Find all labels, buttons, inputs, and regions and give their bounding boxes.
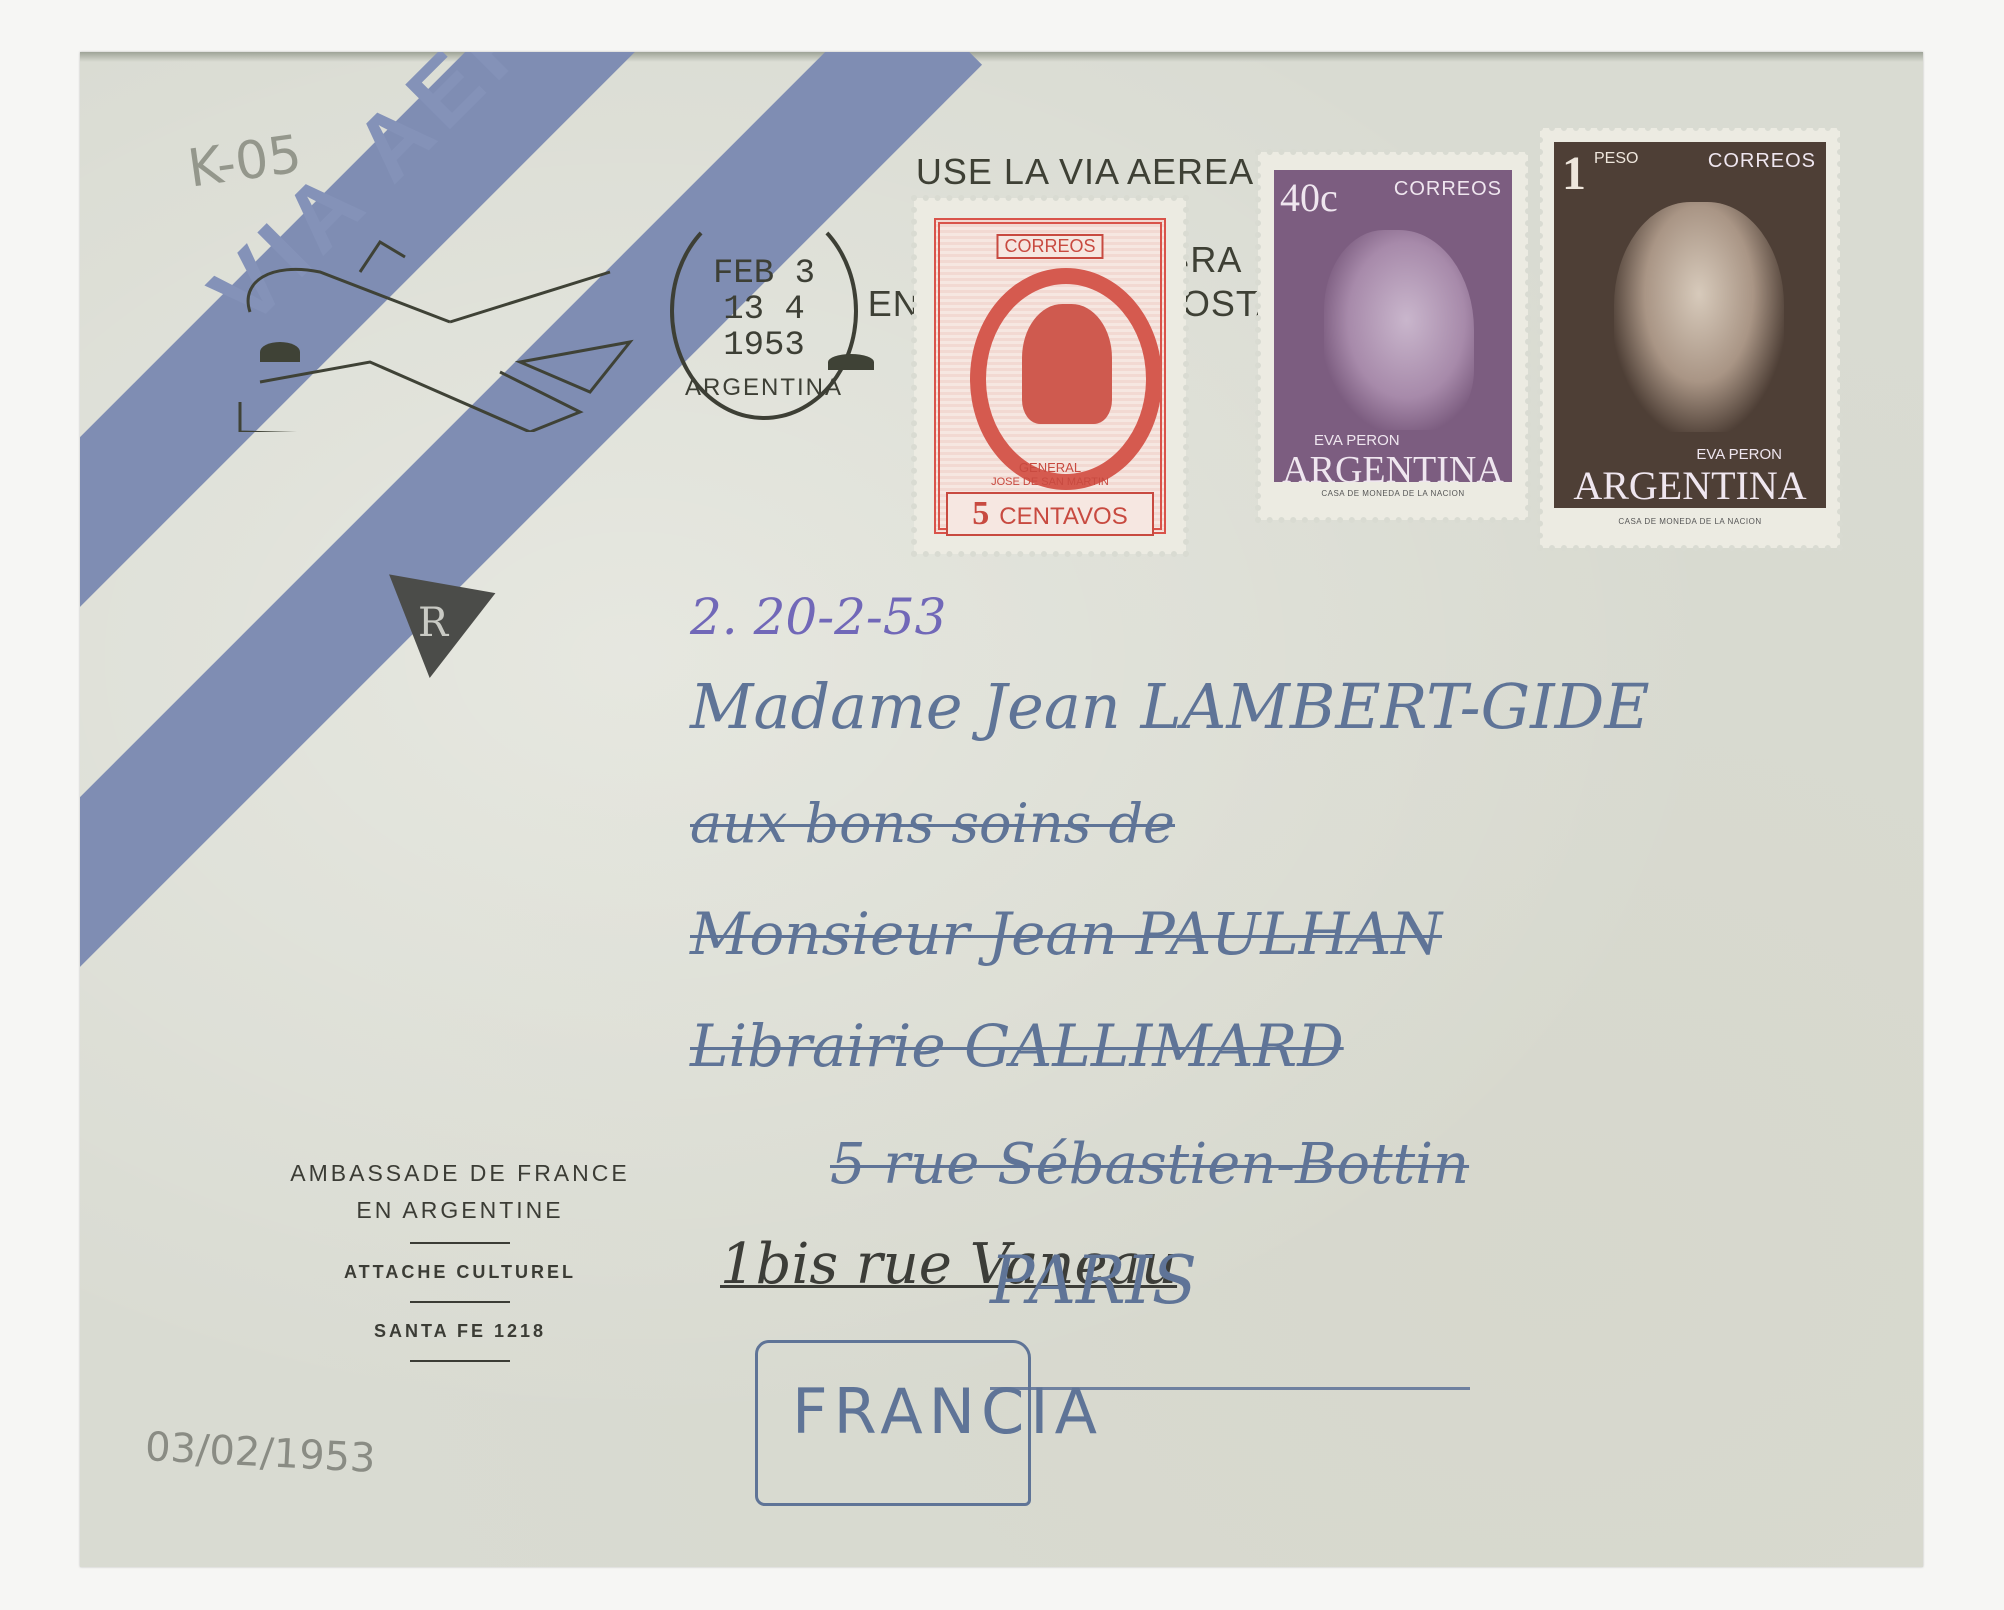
postmark-country: ARGENTINA bbox=[684, 374, 844, 402]
stamp-header: CORREOS bbox=[996, 234, 1103, 259]
stamp-value-unit: PESO bbox=[1594, 150, 1638, 168]
stamp-5-centavos: CORREOS GENERAL JOSE DE SAN MARTIN 5CENT… bbox=[914, 198, 1186, 554]
sender-line: AMBASSADE DE FRANCE bbox=[210, 1160, 710, 1187]
address-line-struck: 5 rue Sébastien-Bottin bbox=[830, 1132, 1469, 1197]
stamp-caption: GENERAL bbox=[940, 460, 1160, 475]
stamp-name: EVA PERON bbox=[1314, 432, 1400, 449]
address-line-struck: aux bons soins de bbox=[690, 792, 1175, 855]
postmark-year: 1953 bbox=[694, 328, 834, 364]
address-country: FRANCIA bbox=[792, 1375, 1103, 1448]
cancel-blot bbox=[828, 354, 874, 370]
postmark-date: FEB 3 bbox=[694, 256, 834, 292]
eva-peron-portrait bbox=[1324, 230, 1474, 430]
stamp-printer: CASA DE MONEDA DE LA NACION bbox=[1274, 489, 1512, 498]
stamp-caption: JOSE DE SAN MARTIN bbox=[940, 476, 1160, 488]
eva-peron-portrait bbox=[1614, 202, 1784, 432]
stamp-40-centavos: 40c CORREOS EVA PERON ARGENTINA CASA DE … bbox=[1258, 152, 1528, 520]
postmark-time: 13 4 bbox=[694, 292, 834, 328]
stamp-value: 40c bbox=[1280, 174, 1338, 221]
airplane-cancel-icon bbox=[230, 202, 650, 432]
cancel-blot bbox=[260, 342, 300, 362]
slogan-line: USE LA VIA AEREA bbox=[855, 150, 1315, 194]
sender-line: ATTACHE CULTUREL bbox=[210, 1262, 710, 1283]
stamp-value: 1 bbox=[1562, 146, 1586, 201]
stamp-value-number: 5 bbox=[972, 495, 989, 532]
stamp-printer: CASA DE MONEDA DE LA NACION bbox=[1554, 517, 1826, 526]
sender-block: AMBASSADE DE FRANCE EN ARGENTINE ATTACHE… bbox=[210, 1160, 710, 1380]
stamp-country: ARGENTINA bbox=[1554, 462, 1826, 509]
stamp-value: 5CENTAVOS bbox=[946, 492, 1154, 536]
divider bbox=[410, 1360, 510, 1362]
divider bbox=[410, 1301, 510, 1303]
postmark: FEB 3 13 4 1953 ARGENTINA bbox=[670, 202, 858, 420]
divider bbox=[410, 1242, 510, 1244]
stamp-1-peso: 1 PESO CORREOS EVA PERON ARGENTINA CASA … bbox=[1540, 128, 1840, 548]
handwritten-date: 2. 20-2-53 bbox=[690, 588, 946, 646]
stamp-name: EVA PERON bbox=[1696, 446, 1782, 463]
address-line-struck: Monsieur Jean PAULHAN bbox=[690, 900, 1442, 968]
san-martin-portrait bbox=[1022, 304, 1112, 424]
registration-mark: R bbox=[418, 600, 448, 646]
sender-line: EN ARGENTINE bbox=[210, 1197, 710, 1224]
stamp-value-text: CENTAVOS bbox=[999, 503, 1127, 530]
sender-line: SANTA FE 1218 bbox=[210, 1321, 710, 1342]
address-line-struck: Librairie GALLIMARD bbox=[690, 1012, 1344, 1080]
stamp-header: CORREOS bbox=[1394, 178, 1502, 201]
address-city: PARIS bbox=[990, 1242, 1197, 1319]
address-line-recipient: Madame Jean LAMBERT-GIDE bbox=[690, 670, 1650, 743]
stamp-country: ARGENTINA bbox=[1274, 448, 1512, 492]
stamp-header: CORREOS bbox=[1708, 150, 1816, 173]
